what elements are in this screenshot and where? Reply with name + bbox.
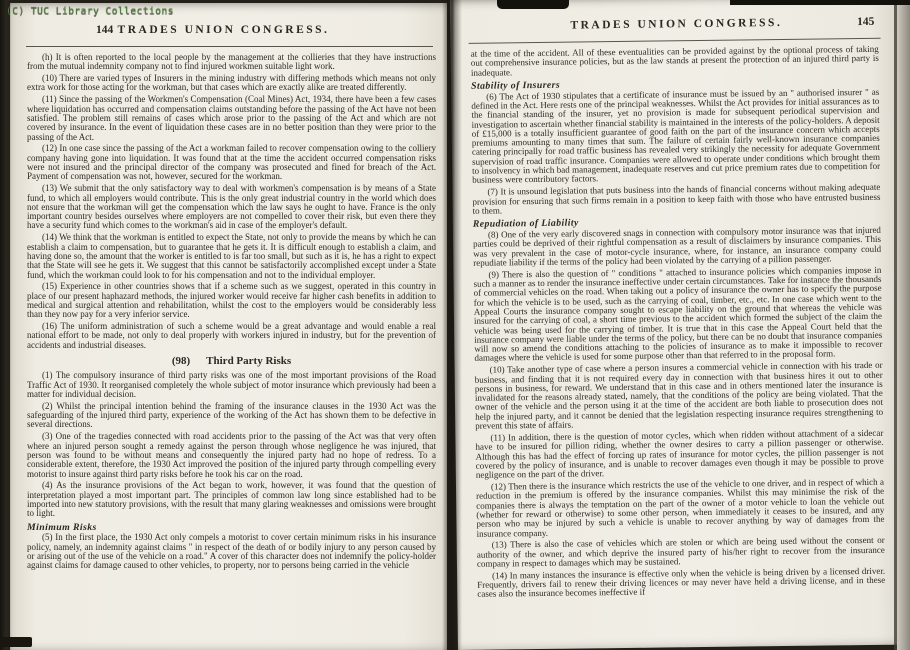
scan-bottom-artefact	[0, 637, 32, 647]
paragraph-h: (h) It is often reported to the local pe…	[27, 53, 436, 72]
paragraph-continuation: at the time of the accident. All of thes…	[471, 45, 879, 78]
paragraph-11: (11) Since the passing of the Workmen's …	[27, 95, 436, 141]
page-header-left: 144 TRADES UNION CONGRESS.	[10, 24, 447, 45]
paragraph-14: (14) We think that the workman is entitl…	[27, 233, 436, 279]
header-rule-left	[26, 46, 433, 47]
page-number-right: 145	[857, 16, 874, 28]
paragraph-15: (15) Experience in other countries shows…	[27, 282, 436, 319]
paragraph-13: (13) We submit that the only satisfactor…	[27, 184, 436, 230]
subheading-minimum-risks: Minimum Risks	[27, 523, 436, 532]
paragraph-13-right: (13) There is also the case of vehicles …	[477, 536, 885, 569]
page-right-145: TRADES UNION CONGRESS. 145 at the time o…	[450, 0, 910, 650]
paragraph-3: (3) One of the tragedies connected with …	[27, 432, 436, 478]
section-title: Third Party Risks	[206, 355, 291, 367]
paragraph-12-right: (12) Then there is the insurance which r…	[476, 478, 885, 539]
library-watermark: (C) TUC Library Collections	[6, 6, 174, 17]
scan-right-edge	[897, 0, 910, 650]
scan-top-edge	[730, 0, 910, 5]
paragraph-7: (7) It is unsound legislation that puts …	[472, 183, 880, 216]
page-left-144: 144 TRADES UNION CONGRESS. (h) It is oft…	[10, 3, 447, 650]
section-number: (98)	[172, 355, 190, 367]
paragraph-1: (1) The compulsory insurance of third pa…	[27, 371, 436, 399]
paragraph-5: (5) In the first place, the 1930 Act onl…	[27, 533, 436, 570]
section-heading-third-party-risks: (98)Third Party Risks	[27, 357, 436, 366]
book-binding-shadow	[442, 0, 462, 650]
running-title-left: TRADES UNION CONGRESS.	[10, 24, 447, 36]
page-body-right: at the time of the accident. All of thes…	[471, 45, 886, 600]
paragraph-2: (2) Whilst the principal intention behin…	[27, 402, 436, 430]
page-body-left: (h) It is often reported to the local pe…	[27, 53, 436, 571]
paragraph-16: (16) The uniform administration of such …	[27, 322, 436, 350]
paragraph-10: (10) There are varied types of Insurers …	[27, 74, 436, 93]
paragraph-9: (9) There is also the question of " cond…	[473, 266, 882, 364]
scan-left-edge	[0, 0, 11, 650]
running-title-right: TRADES UNION CONGRESS.	[450, 16, 902, 34]
paragraph-4: (4) As the insurance provisions of the A…	[27, 481, 436, 518]
paragraph-11-right: (11) In addition, there is the question …	[475, 429, 884, 480]
paragraph-12: (12) In one case since the passing of th…	[27, 144, 436, 181]
paragraph-8: (8) One of the very early discovered sna…	[473, 226, 881, 268]
paragraph-6: (6) The Act of 1930 stipulates that a ce…	[471, 88, 880, 186]
page-edge-line	[894, 0, 897, 650]
paragraph-10-right: (10) Take another type of case where a p…	[475, 361, 884, 431]
paragraph-14-right: (14) In many instances the insurance is …	[477, 567, 885, 600]
scan-top-artefact	[497, 0, 569, 9]
book-scan: 144 TRADES UNION CONGRESS. (h) It is oft…	[0, 0, 910, 650]
